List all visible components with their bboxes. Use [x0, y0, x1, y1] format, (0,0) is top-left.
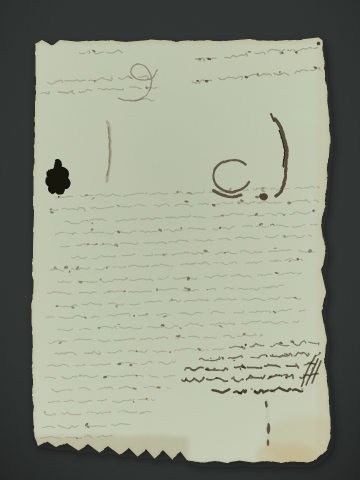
manuscript-canvas	[0, 0, 360, 480]
paper-group	[28, 32, 350, 468]
manuscript-photo	[0, 0, 360, 480]
